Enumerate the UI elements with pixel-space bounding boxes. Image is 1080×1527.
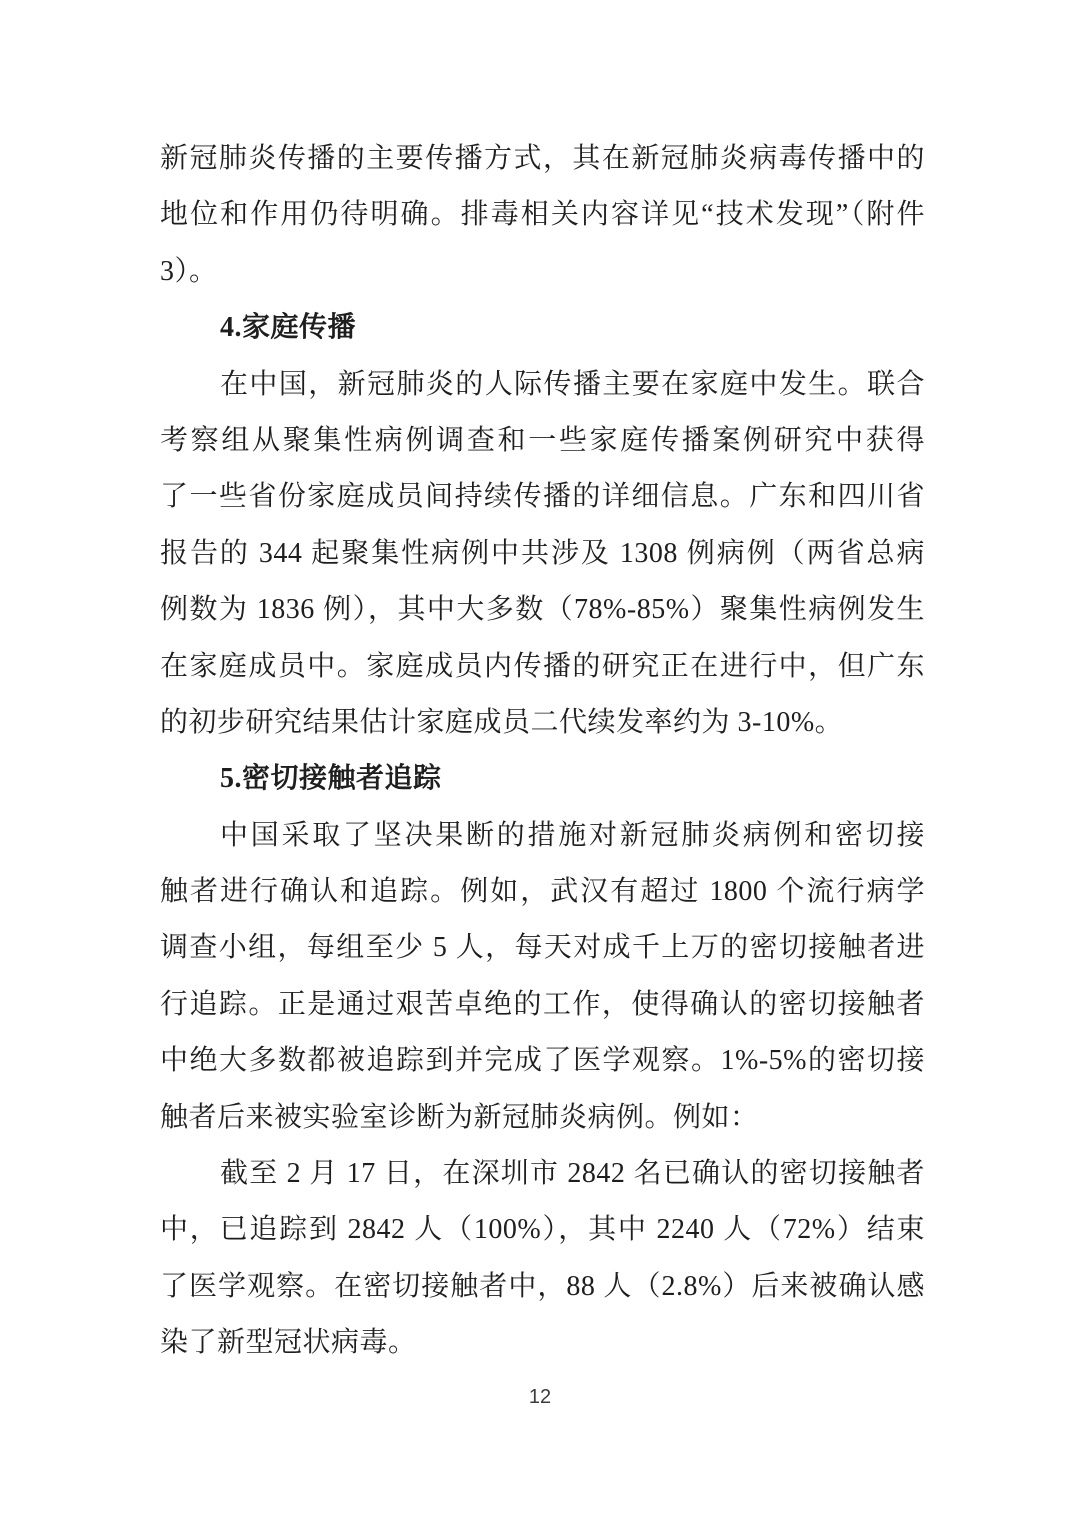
- text-line: 染了新型冠状病毒。: [160, 1315, 925, 1371]
- text-line: 了一些省份家庭成员间持续传播的详细信息。广东和四川省: [160, 469, 925, 525]
- section-heading: 5.密切接触者追踪: [160, 751, 925, 807]
- text-line: 新冠肺炎传播的主要传播方式，其在新冠肺炎病毒传播中的: [160, 131, 925, 187]
- page-number: 12: [0, 1386, 1080, 1409]
- text-line: 中国采取了坚决果断的措施对新冠肺炎病例和密切接: [160, 808, 925, 864]
- text-line: 触者进行确认和追踪。例如，武汉有超过 1800 个流行病学: [160, 864, 925, 920]
- document-page: 新冠肺炎传播的主要传播方式，其在新冠肺炎病毒传播中的地位和作用仍待明确。排毒相关…: [0, 0, 1080, 1527]
- text-line: 截至 2 月 17 日，在深圳市 2842 名已确认的密切接触者: [160, 1146, 925, 1202]
- section-heading: 4.家庭传播: [160, 300, 925, 356]
- text-line: 3）。: [160, 244, 925, 300]
- text-line: 中，已追踪到 2842 人（100%），其中 2240 人（72%）结束: [160, 1202, 925, 1258]
- text-line: 报告的 344 起聚集性病例中共涉及 1308 例病例（两省总病: [160, 526, 925, 582]
- text-line: 触者后来被实验室诊断为新冠肺炎病例。例如：: [160, 1090, 925, 1146]
- text-line: 在家庭成员中。家庭成员内传播的研究正在进行中，但广东: [160, 639, 925, 695]
- text-line: 地位和作用仍待明确。排毒相关内容详见“技术发现”（附件: [160, 187, 925, 243]
- text-line: 中绝大多数都被追踪到并完成了医学观察。1%-5%的密切接: [160, 1033, 925, 1089]
- text-line: 考察组从聚集性病例调查和一些家庭传播案例研究中获得: [160, 413, 925, 469]
- text-line: 在中国，新冠肺炎的人际传播主要在家庭中发生。联合: [160, 357, 925, 413]
- text-line: 调查小组，每组至少 5 人，每天对成千上万的密切接触者进: [160, 920, 925, 976]
- text-line: 的初步研究结果估计家庭成员二代续发率约为 3-10%。: [160, 695, 925, 751]
- document-body: 新冠肺炎传播的主要传播方式，其在新冠肺炎病毒传播中的地位和作用仍待明确。排毒相关…: [160, 131, 925, 1372]
- text-line: 例数为 1836 例），其中大多数（78%-85%）聚集性病例发生: [160, 582, 925, 638]
- text-line: 了医学观察。在密切接触者中，88 人（2.8%）后来被确认感: [160, 1259, 925, 1315]
- text-line: 行追踪。正是通过艰苦卓绝的工作，使得确认的密切接触者: [160, 977, 925, 1033]
